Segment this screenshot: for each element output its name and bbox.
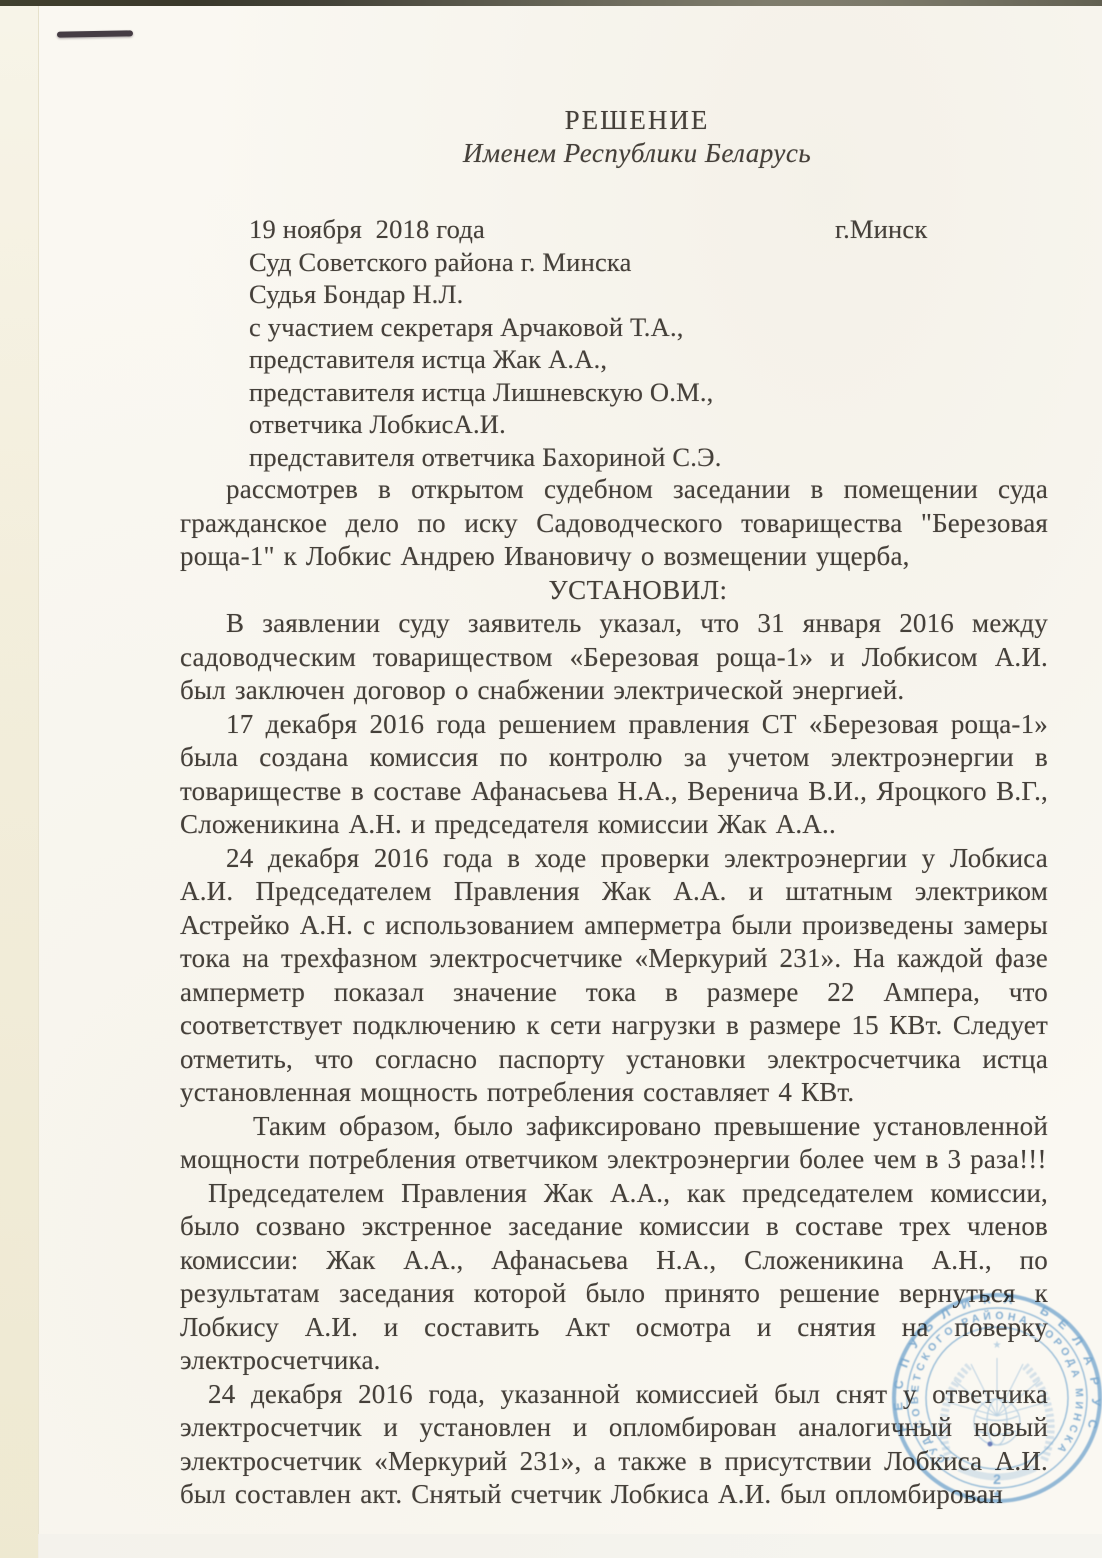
document-body: РЕШЕНИЕ Именем Республики Беларусь 19 но… <box>180 104 1048 1512</box>
date-row: 19 ноября 2018 года г.Минск <box>249 213 1048 246</box>
body-paragraph: В заявлении суду заявитель указал, что 3… <box>180 607 1048 708</box>
body-paragraph: 24 декабря 2016 года в ходе проверки эле… <box>180 842 1048 1110</box>
scan-edge-top <box>0 0 1102 6</box>
decision-date: 19 ноября 2018 года <box>249 214 485 244</box>
court-name-line: Суд Советского района г. Минска <box>249 246 1048 279</box>
plaintiff-rep-line: представителя истца Лишневскую О.М., <box>249 376 1048 409</box>
case-header: 19 ноября 2018 года г.Минск Суд Советско… <box>249 213 1048 473</box>
plaintiff-rep-line: представителя истца Жак А.А., <box>249 343 1048 376</box>
intro-paragraph: рассмотрев в открытом судебном заседании… <box>180 473 1048 574</box>
scanned-court-decision-page: { "doc": { "title": "РЕШЕНИЕ", "subtitle… <box>0 0 1102 1558</box>
pen-mark <box>57 30 133 37</box>
scan-edge-bottom <box>38 1534 1102 1558</box>
defendant-line: ответчика ЛобкисА.И. <box>249 408 1048 441</box>
document-title: РЕШЕНИЕ <box>180 104 1048 137</box>
document-subtitle: Именем Республики Беларусь <box>180 137 1048 170</box>
body-paragraph: Председателем Правления Жак А.А., как пр… <box>180 1177 1048 1378</box>
secretary-line: с участием секретаря Арчаковой Т.А., <box>249 311 1048 344</box>
decision-city: г.Минск <box>835 213 927 246</box>
judge-line: Судья Бондар Н.Л. <box>249 278 1048 311</box>
scan-edge-left <box>0 6 39 1558</box>
defendant-rep-line: представителя ответчика Бахориной С.Э. <box>249 441 1048 474</box>
section-heading: УСТАНОВИЛ: <box>180 574 1048 608</box>
body-paragraph: 24 декабря 2016 года, указанной комиссие… <box>180 1378 1048 1512</box>
body-paragraph: 17 декабря 2016 года решением правления … <box>180 708 1048 842</box>
body-paragraph: Таким образом, было зафиксировано превыш… <box>180 1110 1048 1177</box>
